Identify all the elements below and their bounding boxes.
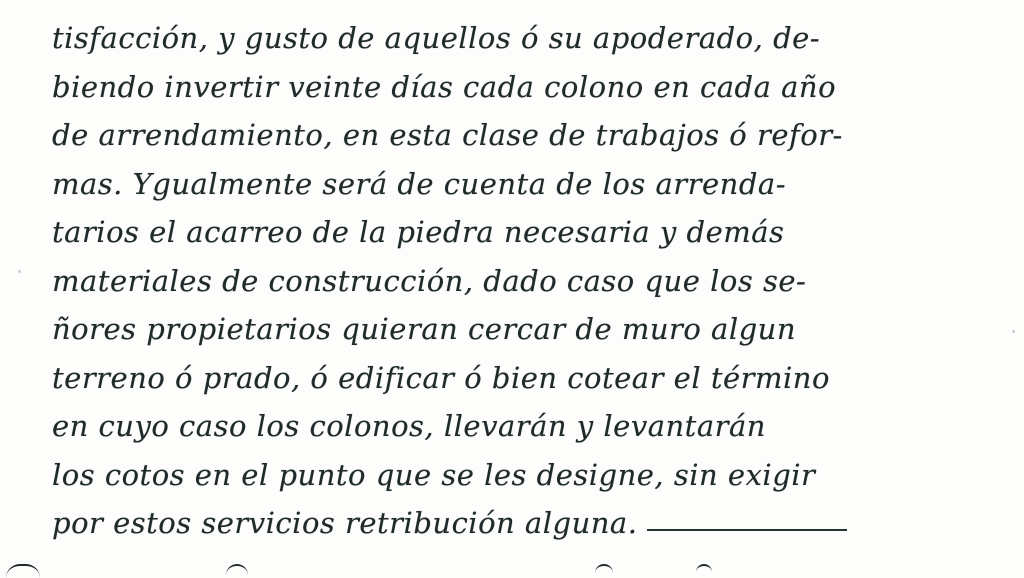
ink-fragment	[226, 564, 248, 578]
text-line-7: ñores propietarios quieran cercar de mur…	[52, 305, 972, 354]
handwritten-text-block: tisfacción, y gusto de aquellos ó su apo…	[52, 14, 972, 548]
text-line-10: los cotos en el punto que se les designe…	[52, 451, 972, 500]
ink-fragment	[696, 564, 712, 578]
paper-speck	[18, 270, 21, 273]
cut-off-next-line	[0, 562, 1024, 578]
closing-line-rule	[647, 529, 847, 531]
paper-speck	[1012, 330, 1015, 333]
manuscript-page: tisfacción, y gusto de aquellos ó su apo…	[0, 0, 1024, 578]
text-line-2: biendo invertir veinte días cada colono …	[52, 63, 972, 112]
text-line-9: en cuyo caso los colonos, llevarán y lev…	[52, 402, 972, 451]
ink-fragment	[595, 564, 613, 578]
text-line-4: mas. Ygualmente será de cuenta de los ar…	[52, 160, 972, 209]
text-line-6: materiales de construcción, dado caso qu…	[52, 257, 972, 306]
text-line-3: de arrendamiento, en esta clase de traba…	[52, 111, 972, 160]
ink-fragment	[6, 564, 40, 578]
text-line-11: por estos servicios retribución alguna.	[52, 506, 637, 540]
text-line-1: tisfacción, y gusto de aquellos ó su apo…	[52, 14, 972, 63]
text-line-8: terreno ó prado, ó edificar ó bien cotea…	[52, 354, 972, 403]
text-line-11-container: por estos servicios retribución alguna.	[52, 499, 972, 548]
text-line-5: tarios el acarreo de la piedra necesaria…	[52, 208, 972, 257]
